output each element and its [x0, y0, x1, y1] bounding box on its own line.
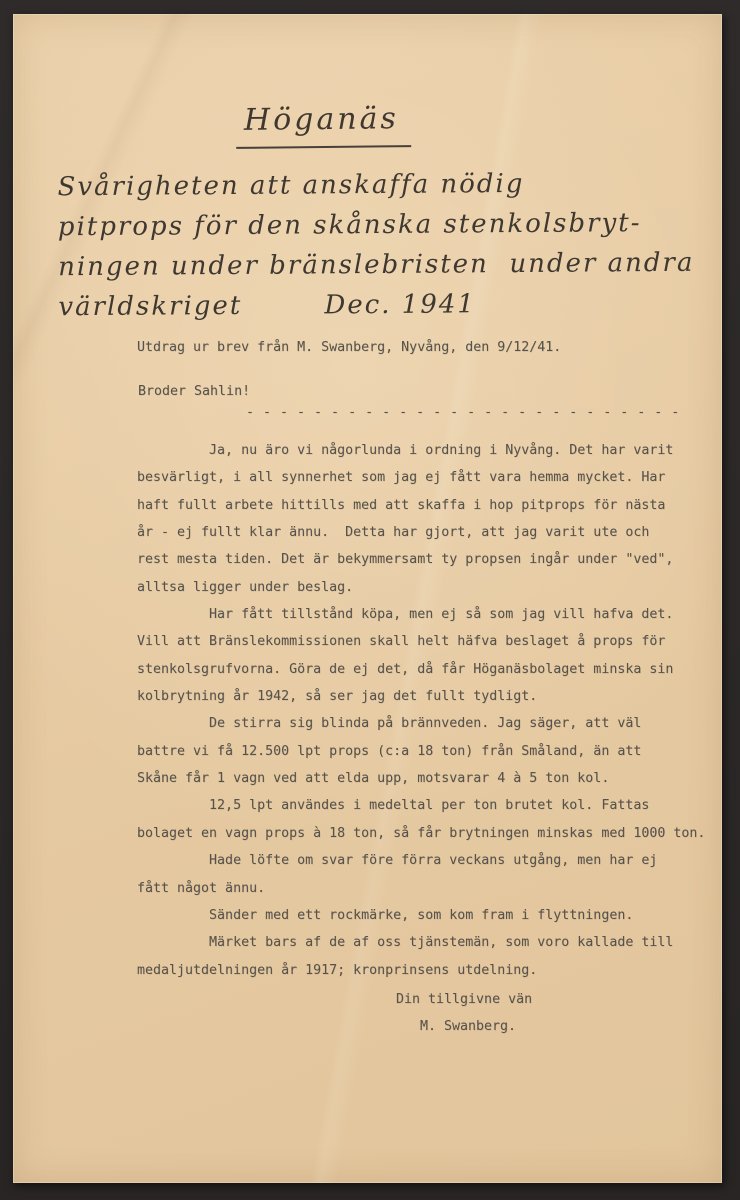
letter-header-line: Utdrag ur brev från M. Swanberg, Nyvång,… — [137, 340, 561, 355]
divider-dashes: - - - - - - - - - - - - - - - - - - - - … — [246, 405, 680, 420]
handwritten-title: Höganäs — [236, 101, 411, 149]
closing-line: Din tillgivne vän — [396, 992, 532, 1007]
handwritten-note: Svårigheten att anskaffa nödig pitprops … — [57, 163, 694, 327]
letter-body: Ja, nu äro vi någorlunda i ordning i Nyv… — [137, 437, 705, 984]
salutation: Broder Sahlin! — [138, 384, 250, 399]
signature-line: M. Swanberg. — [420, 1019, 516, 1034]
scan-background: Höganäs Svårigheten att anskaffa nödig p… — [0, 0, 740, 1200]
